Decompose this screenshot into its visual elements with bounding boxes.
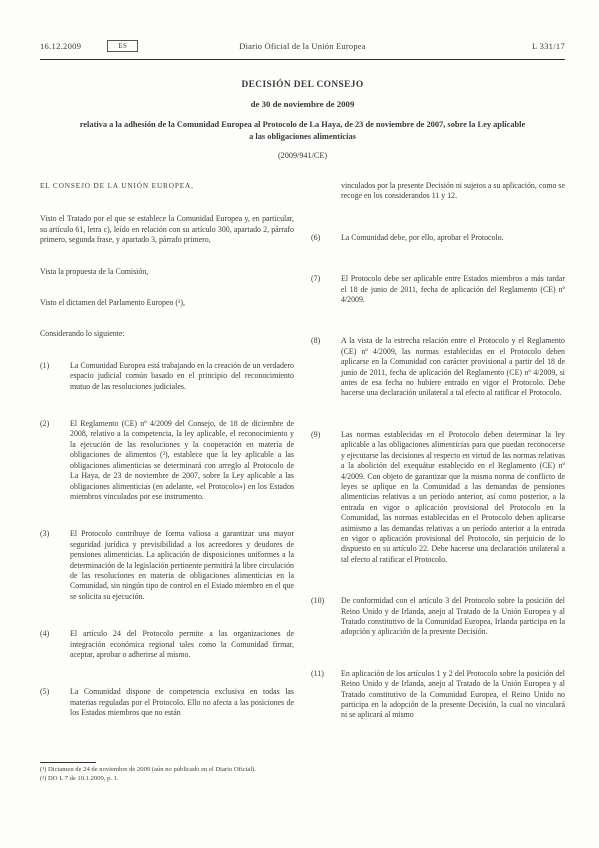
recital-text: El Protocolo contribuye de forma valiosa… [70,529,294,602]
recital-1: (1) La Comunidad Europea está trabajando… [40,361,294,392]
citation-proposal: Vista la propuesta de la Comisión, [40,267,294,277]
page-reference: L 331/17 [415,41,565,51]
recital-number: (8) [311,336,341,398]
recital-9: (9) Las normas establecidas en el Protoc… [311,430,565,565]
recital-text: La Comunidad dispone de competencia excl… [70,687,294,718]
recital-4: (4) El artículo 24 del Protocolo permite… [40,629,294,660]
recital-number: (3) [40,529,70,602]
recital-text: Las normas establecidas en el Protocolo … [341,430,565,565]
journal-header: 16.12.2009 ES Diario Oficial de la Unión… [40,40,565,52]
journal-title: Diario Oficial de la Unión Europea [190,41,415,51]
recital-number: (11) [311,669,341,721]
recital-5-continuation: vinculados por la presente Decisión ni s… [341,181,565,202]
recital-text: El artículo 24 del Protocolo permite a l… [70,629,294,660]
recital-number: (2) [40,419,70,502]
recital-text: El Reglamento (CE) nº 4/2009 del Consejo… [70,419,294,502]
document-title: DECISIÓN DEL CONSEJO [40,80,565,90]
recital-3: (3) El Protocolo contribuye de forma val… [40,529,294,602]
language-code-box: ES [107,40,138,52]
document-title-block: DECISIÓN DEL CONSEJO de 30 de noviembre … [40,80,565,160]
header-left: 16.12.2009 ES [40,40,190,52]
journal-page: 16.12.2009 ES Diario Oficial de la Unión… [0,0,599,848]
recital-10: (10) De conformidad con el artículo 3 de… [311,596,565,638]
recital-number: (4) [40,629,70,660]
document-body: EL CONSEJO DE LA UNIÓN EUROPEA, Visto el… [40,181,565,752]
footnote-2: (²) DO L 7 de 10.1.2009, p. 1. [40,775,294,784]
recital-number: (5) [40,687,70,718]
document-date: de 30 de noviembre de 2009 [40,99,565,109]
document-subject: relativa a la adhesión de la Comunidad E… [78,119,528,142]
document-reference-number: (2009/941/CE) [40,151,565,160]
recital-text: La Comunidad debe, por ello, aprobar el … [341,233,565,243]
header-rule [40,59,565,60]
footnotes-block: (¹) Dictamen de 24 de noviembre de 2009 … [40,762,294,783]
recital-number: (10) [311,596,341,638]
recital-8: (8) A la vista de la estrecha relación e… [311,336,565,398]
recital-text: En aplicación de los artículos 1 y 2 del… [341,669,565,721]
citation-treaty: Visto el Tratado por el que se establece… [40,214,294,245]
recital-7: (7) El Protocolo debe ser aplicable entr… [311,274,565,305]
citation-opinion: Visto el dictamen del Parlamento Europeo… [40,298,294,308]
header-date: 16.12.2009 [40,41,81,51]
recital-text: La Comunidad Europea está trabajando en … [70,361,294,392]
left-column: EL CONSEJO DE LA UNIÓN EUROPEA, Visto el… [40,181,294,752]
footnote-1: (¹) Dictamen de 24 de noviembre de 2009 … [40,766,294,775]
footnote-rule [40,762,96,763]
recital-number: (6) [311,233,341,243]
recital-text: El Protocolo debe ser aplicable entre Es… [341,274,565,305]
recital-2: (2) El Reglamento (CE) nº 4/2009 del Con… [40,419,294,502]
recital-11: (11) En aplicación de los artículos 1 y … [311,669,565,721]
recital-6: (6) La Comunidad debe, por ello, aprobar… [311,233,565,243]
recital-number: (9) [311,430,341,565]
considering-lead-in: Considerando lo siguiente: [40,329,294,339]
preamble-intro: EL CONSEJO DE LA UNIÓN EUROPEA, [40,181,294,191]
recital-text: A la vista de la estrecha relación entre… [341,336,565,398]
recital-text: De conformidad con el artículo 3 del Pro… [341,596,565,638]
recital-5: (5) La Comunidad dispone de competencia … [40,687,294,718]
recital-number: (7) [311,274,341,305]
recital-number: (1) [40,361,70,392]
right-column: vinculados por la presente Decisión ni s… [311,181,565,752]
